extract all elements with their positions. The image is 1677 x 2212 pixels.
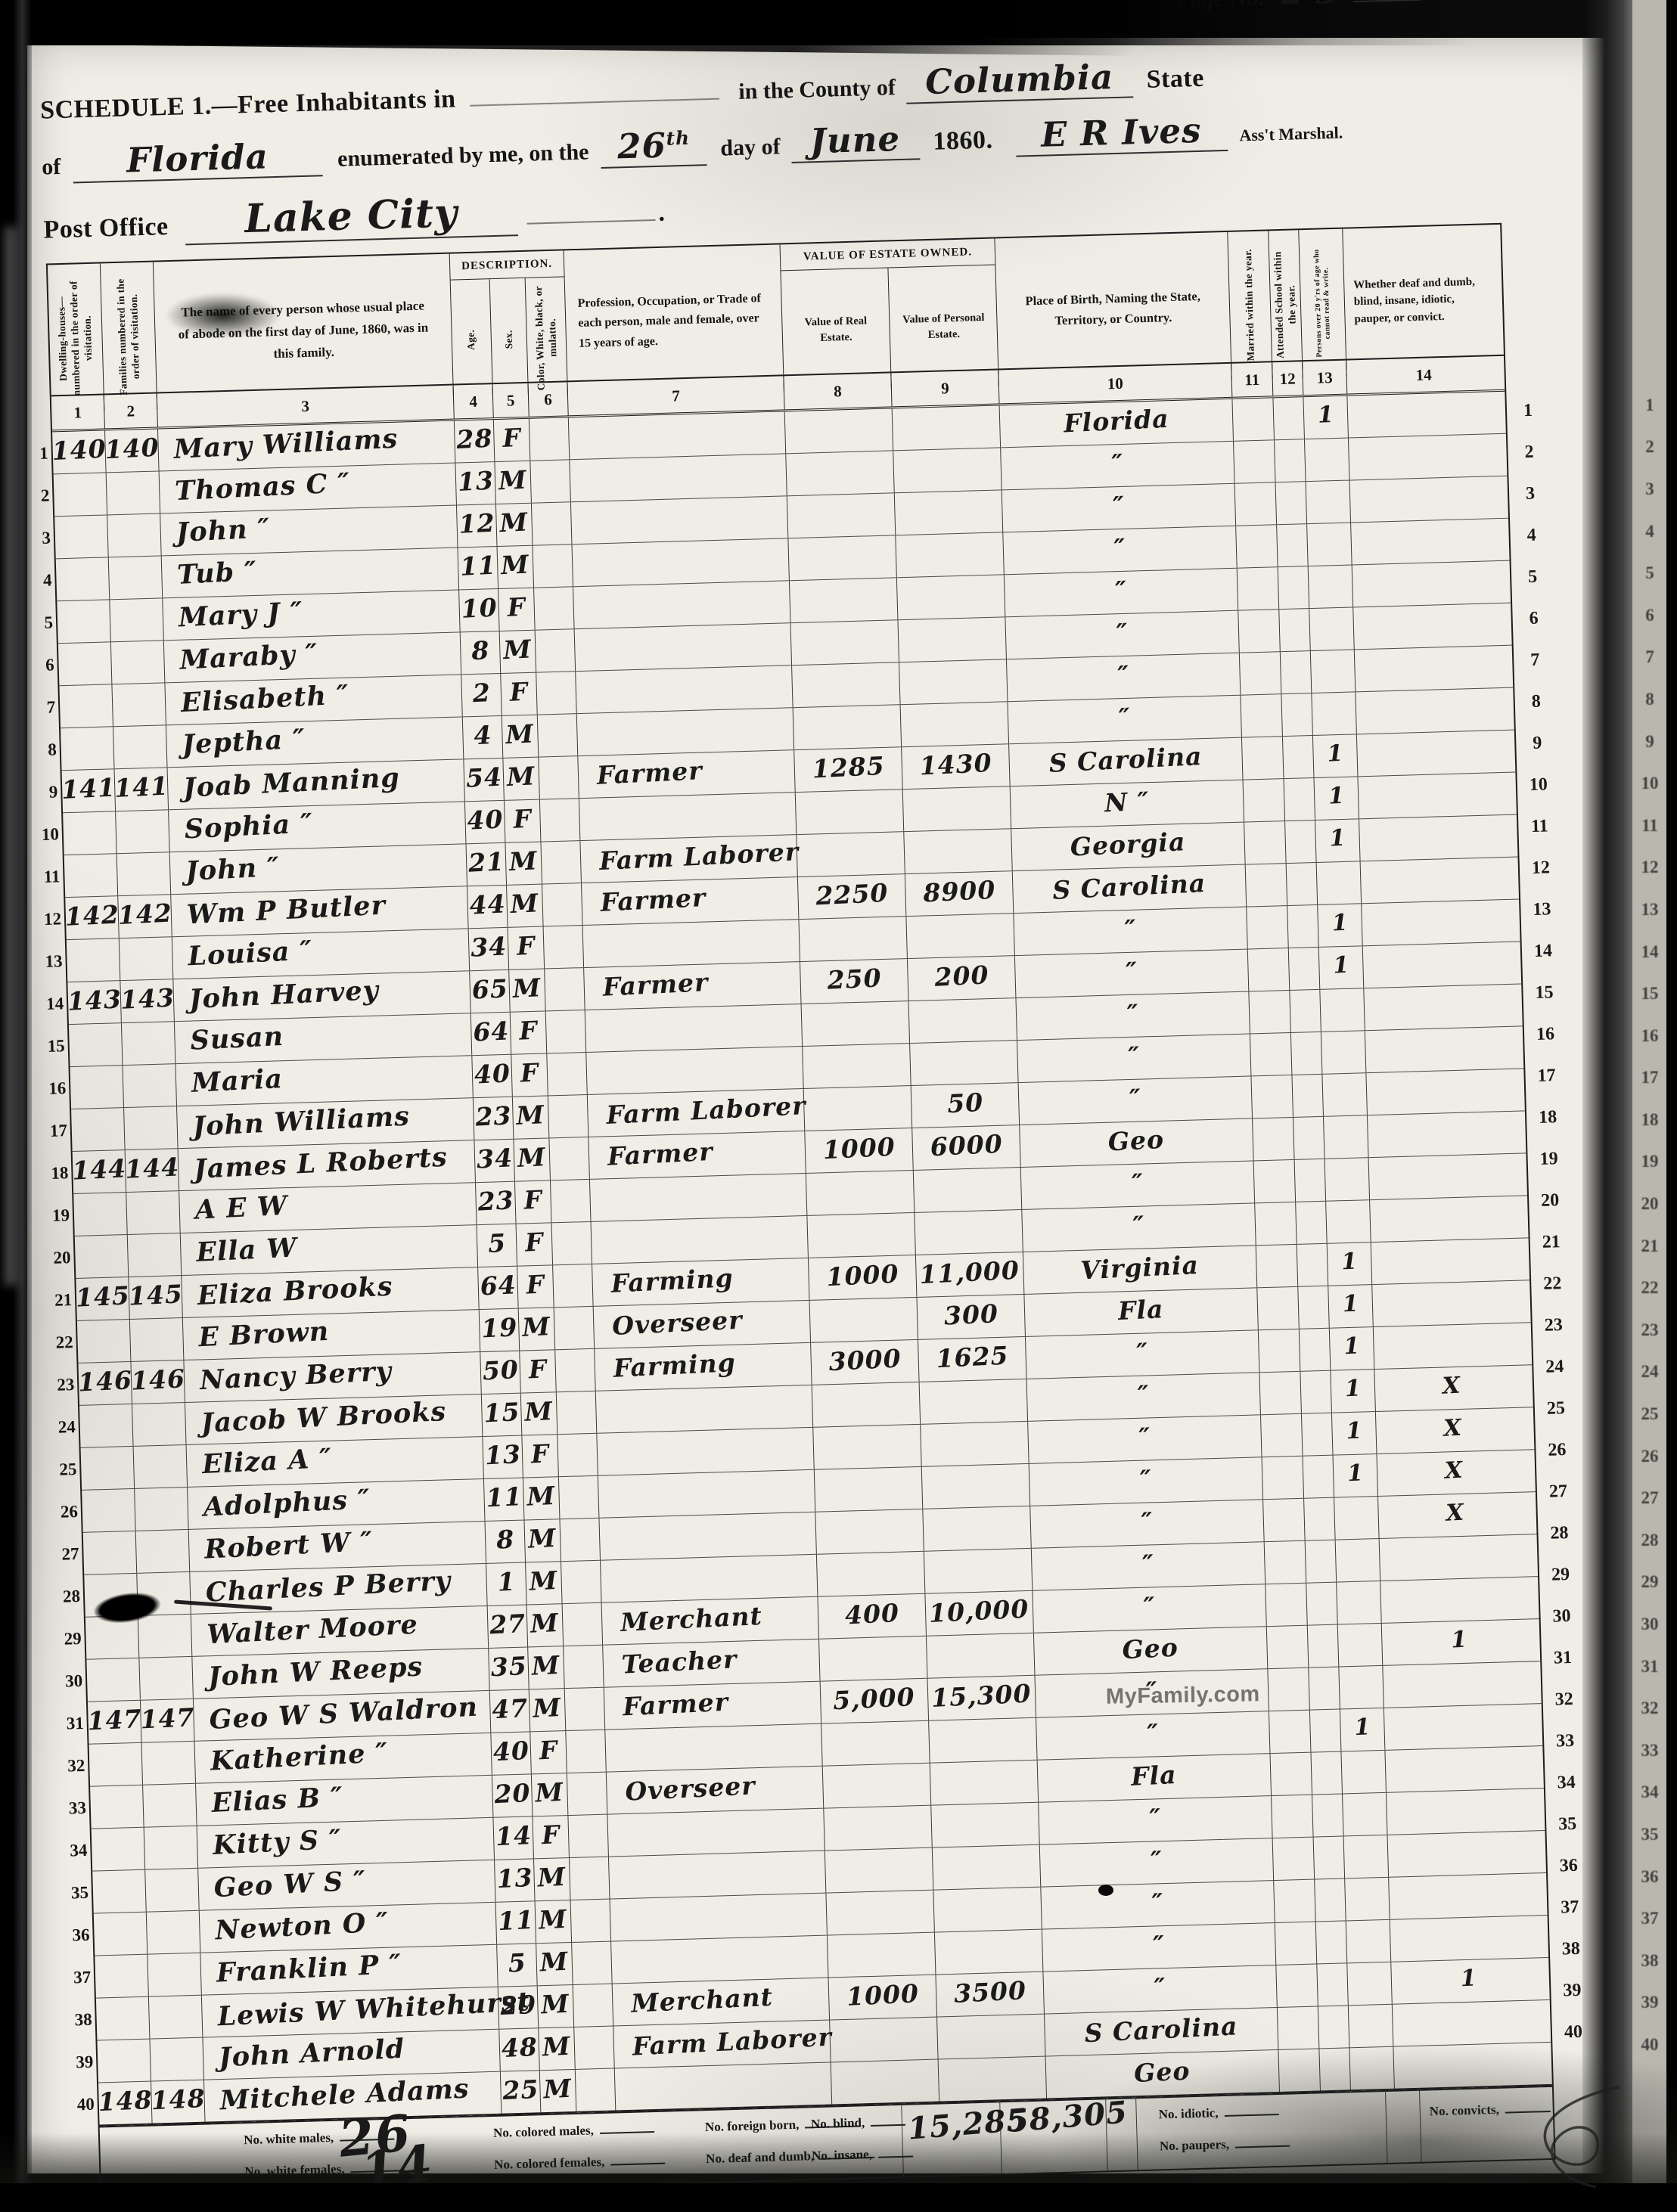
- cell-name: Eliza Brooks: [182, 1267, 479, 1317]
- blank-line: [526, 206, 655, 224]
- cell-dwelling: [86, 1658, 141, 1702]
- row-number-left: 2: [17, 475, 51, 517]
- row-number-right: 21: [1532, 1221, 1571, 1264]
- row-number-right: 18: [1634, 1099, 1666, 1141]
- cell-age: 11: [496, 1901, 537, 1944]
- cell-age: 65: [470, 970, 511, 1013]
- cell-sex: F: [501, 673, 538, 715]
- cell-personal-estate: [931, 1803, 1039, 1847]
- cell-condition: [1387, 1789, 1541, 1835]
- cell-sex: M: [529, 1689, 567, 1731]
- row-number-right: 13: [1523, 889, 1562, 931]
- cell-birthplace: ″: [1039, 1796, 1272, 1844]
- cell-school: [1275, 439, 1306, 482]
- row-number-right: 9: [1634, 721, 1666, 763]
- cell-real-estate: 400: [818, 1594, 926, 1639]
- cell-cannot-read: [1309, 607, 1355, 650]
- cell-cannot-read: 1: [1303, 396, 1349, 439]
- cell-color: [540, 799, 581, 841]
- cell-family: [109, 556, 163, 599]
- row-number-right: 2: [1510, 431, 1549, 473]
- cell-condition: [1362, 900, 1516, 946]
- cell-color: [560, 1519, 601, 1561]
- cell-condition: [1365, 1027, 1520, 1073]
- cell-age: 13: [483, 1436, 523, 1478]
- cell-color: [557, 1434, 598, 1476]
- cell-dwelling: 141: [62, 769, 116, 812]
- cell-age: 1: [486, 1562, 527, 1605]
- row-number-right: 12: [1634, 847, 1666, 889]
- cell-age: 40: [491, 1732, 532, 1774]
- cell-occupation: [576, 665, 793, 713]
- cell-school: [1312, 1794, 1344, 1836]
- cell-sex: M: [502, 715, 539, 758]
- cell-cannot-read: [1345, 1878, 1390, 1921]
- cell-birthplace: Geo: [1020, 1118, 1253, 1167]
- cell-occupation: Farmer: [578, 750, 795, 798]
- cell-condition: [1372, 1280, 1526, 1326]
- cell-cannot-read: [1307, 523, 1352, 566]
- cell-condition: [1369, 1153, 1523, 1199]
- cell-school: [1281, 651, 1312, 693]
- cell-color: [570, 1857, 610, 1900]
- cell-birthplace: ″: [1032, 1542, 1266, 1590]
- cell-real-estate: 1000: [809, 1255, 917, 1300]
- cell-family: [113, 725, 168, 768]
- cell-personal-estate: [937, 2015, 1045, 2059]
- row-number-left: 4: [20, 559, 53, 601]
- cell-birthplace: Geo: [1046, 2050, 1280, 2099]
- cell-real-estate: [823, 1764, 931, 1808]
- cell-sex: M: [500, 631, 537, 673]
- cell-occupation: Farm Laborer: [613, 2021, 831, 2068]
- cell-name: Maria: [175, 1056, 473, 1106]
- cell-personal-estate: [893, 405, 1001, 450]
- cell-dwelling: 146: [78, 1362, 132, 1405]
- cell-real-estate: [807, 1213, 915, 1258]
- cell-condition: [1388, 1831, 1542, 1877]
- row-number-right: 20: [1634, 1183, 1666, 1225]
- cell-school: [1276, 482, 1308, 524]
- cell-birthplace: ″: [1026, 1330, 1259, 1379]
- col-header-married: Married within the year.: [1228, 231, 1272, 379]
- cell-dwelling: [58, 642, 113, 685]
- row-number-left: 23: [42, 1363, 75, 1406]
- cell-color: [546, 1010, 587, 1053]
- cell-married: [1240, 652, 1282, 694]
- cell-dwelling: [64, 854, 119, 897]
- county-value: Columbia: [905, 56, 1133, 104]
- cell-color: [553, 1264, 594, 1307]
- row-number-left: 18: [36, 1152, 70, 1194]
- cell-sex: F: [511, 1011, 548, 1053]
- cell-birthplace: ″: [1036, 1711, 1270, 1760]
- cell-school: [1306, 1540, 1337, 1583]
- col-header-family: Families numbered in the order of visita…: [101, 262, 157, 411]
- footer-rule: [1135, 2097, 1138, 2170]
- cell-family: [124, 1106, 179, 1149]
- cell-school: [1278, 566, 1310, 609]
- cell-dwelling: [89, 1743, 144, 1786]
- cell-family: 140: [105, 429, 160, 472]
- cell-sex: M: [503, 758, 540, 800]
- cell-age: 25: [501, 2071, 542, 2113]
- cell-occupation: Farmer: [582, 877, 799, 925]
- cell-personal-estate: [896, 532, 1004, 577]
- cell-dwelling: [92, 1828, 146, 1871]
- row-number-right: 28: [1634, 1519, 1666, 1562]
- row-number-right: 1: [1508, 389, 1548, 432]
- cell-age: 5: [477, 1224, 518, 1267]
- cell-sex: F: [498, 588, 536, 631]
- cell-dwelling: [81, 1447, 135, 1490]
- cell-sex: M: [496, 504, 533, 546]
- row-number-left: 31: [51, 1702, 85, 1745]
- cell-dwelling: [75, 1235, 129, 1278]
- cell-age: 28: [455, 420, 495, 462]
- cell-real-estate: [817, 1552, 925, 1596]
- row-number-right: 40: [1554, 2011, 1593, 2053]
- cell-sex: F: [522, 1435, 559, 1477]
- cell-color: [557, 1391, 598, 1434]
- row-number-right: 18: [1528, 1097, 1567, 1139]
- cell-family: [110, 598, 164, 641]
- cell-condition: X: [1377, 1450, 1531, 1496]
- cell-real-estate: [819, 1637, 927, 1681]
- row-number-right: 36: [1549, 1844, 1588, 1887]
- cell-cannot-read: [1312, 692, 1357, 735]
- cell-cannot-read: 1: [1328, 1285, 1374, 1328]
- cell-cannot-read: 1: [1318, 904, 1363, 947]
- cell-real-estate: [815, 1509, 924, 1554]
- row-number-left: 22: [41, 1321, 74, 1363]
- cell-personal-estate: [899, 659, 1008, 704]
- cell-personal-estate: [935, 1930, 1043, 1975]
- row-number-right: 37: [1551, 1886, 1590, 1928]
- row-number-left: 33: [54, 1787, 87, 1829]
- cell-name: Mary J ″: [163, 590, 460, 640]
- row-number-right: 8: [1634, 678, 1666, 721]
- cell-condition: [1383, 1661, 1537, 1708]
- cell-condition: [1356, 688, 1510, 734]
- cell-condition: 1: [1391, 1958, 1545, 2004]
- cell-married: [1246, 864, 1288, 906]
- cell-sex: M: [505, 842, 542, 885]
- cell-married: [1259, 1329, 1301, 1372]
- cell-condition: [1351, 519, 1505, 565]
- cell-dwelling: [59, 684, 113, 728]
- row-number-right: 5: [1513, 556, 1552, 598]
- cell-age: 5: [497, 1944, 538, 1986]
- cell-family: [149, 1996, 203, 2039]
- cell-occupation: [570, 454, 787, 501]
- cell-age: 13: [495, 1859, 536, 1901]
- cell-cannot-read: [1338, 1624, 1384, 1667]
- cell-married: [1263, 1499, 1306, 1541]
- cell-color: [552, 1222, 593, 1264]
- row-number-left: 36: [57, 1914, 91, 1956]
- cell-sex: M: [536, 1900, 573, 1943]
- cell-cannot-read: [1336, 1539, 1381, 1582]
- cell-birthplace: Virginia: [1023, 1246, 1257, 1294]
- cell-occupation: [611, 1936, 828, 1984]
- cell-family: [126, 1191, 181, 1234]
- cell-family: [145, 1869, 200, 1912]
- row-number-right: 5: [1634, 552, 1666, 594]
- cell-sex: F: [533, 1816, 570, 1858]
- cell-dwelling: [69, 1023, 123, 1066]
- cell-sex: F: [520, 1350, 557, 1392]
- row-number-right: 22: [1634, 1267, 1666, 1309]
- cell-cannot-read: [1320, 988, 1365, 1032]
- cell-age: 34: [474, 1140, 515, 1182]
- cell-real-estate: [797, 832, 905, 876]
- cell-personal-estate: [909, 998, 1017, 1043]
- row-number-right: 23: [1534, 1305, 1573, 1347]
- cell-sex: M: [509, 969, 546, 1011]
- row-number-right: 24: [1634, 1351, 1666, 1394]
- cell-condition: [1390, 1916, 1545, 1962]
- cell-name: Mary Williams: [158, 421, 455, 471]
- cell-family: [123, 1064, 177, 1107]
- cell-married: [1270, 1753, 1312, 1795]
- cell-school: [1300, 1371, 1332, 1413]
- cell-name: Katherine ″: [194, 1733, 492, 1783]
- cell-birthplace: ″: [1019, 1076, 1253, 1125]
- cell-occupation: [610, 1894, 828, 1941]
- cell-family: [112, 683, 166, 726]
- cell-family: [138, 1615, 193, 1658]
- cell-color: [536, 672, 577, 714]
- cell-occupation: [573, 581, 790, 628]
- col-header-cannot-read: Persons over 20 y'rs of age who cannot r…: [1299, 229, 1346, 378]
- cell-sex: M: [523, 1477, 561, 1519]
- cell-condition: [1366, 1069, 1520, 1115]
- month-value: June: [790, 118, 920, 163]
- row-number-left: 16: [34, 1067, 67, 1109]
- cell-cannot-read: 1: [1313, 734, 1359, 777]
- cell-real-estate: 250: [800, 959, 908, 1004]
- row-number-right: 21: [1634, 1225, 1666, 1267]
- row-number-right: 35: [1548, 1803, 1587, 1845]
- row-number-left: 15: [33, 1025, 66, 1067]
- cell-personal-estate: 1625: [918, 1337, 1026, 1382]
- cell-cannot-read: 1: [1314, 777, 1359, 820]
- row-number-right: 11: [1634, 805, 1666, 847]
- row-number-right: 26: [1538, 1429, 1577, 1472]
- cell-name: Franklin P ″: [200, 1945, 498, 1995]
- cell-school: [1315, 1878, 1346, 1921]
- cell-cannot-read: [1344, 1835, 1390, 1878]
- cell-sex: M: [534, 1858, 571, 1900]
- cell-condition: [1357, 731, 1511, 777]
- cell-name: Maraby ″: [164, 632, 461, 682]
- cell-occupation: [607, 1809, 825, 1857]
- day-of-label: day of: [720, 134, 781, 160]
- cell-color: [532, 502, 573, 544]
- cell-real-estate: [812, 1382, 921, 1427]
- cell-real-estate: [787, 493, 896, 538]
- cell-birthplace: ″: [1008, 696, 1242, 744]
- cell-family: [144, 1826, 199, 1869]
- cell-occupation: Merchant: [613, 1978, 830, 2026]
- cell-married: [1259, 1372, 1302, 1414]
- cell-sex: M: [532, 1773, 569, 1816]
- cell-age: 44: [467, 886, 508, 928]
- cell-dwelling: [83, 1531, 138, 1574]
- cell-age: 11: [458, 547, 499, 589]
- cell-sex: M: [513, 1096, 550, 1138]
- of-word: of: [42, 154, 61, 180]
- cell-school: [1306, 1583, 1338, 1625]
- row-number-right: 9: [1518, 722, 1557, 765]
- blank-line: [1352, 0, 1421, 2]
- col-header-age: Age.: [451, 279, 493, 401]
- cell-married: [1236, 525, 1278, 567]
- cell-occupation: [596, 1385, 813, 1433]
- cell-personal-estate: [915, 1210, 1023, 1255]
- row-number-left: 8: [24, 728, 57, 771]
- cell-personal-estate: [901, 702, 1009, 746]
- cell-dwelling: [63, 811, 117, 855]
- cell-personal-estate: [924, 1549, 1033, 1593]
- cell-color: [541, 841, 582, 883]
- cell-married: [1241, 694, 1283, 737]
- cell-personal-estate: [933, 1845, 1041, 1890]
- cell-age: 64: [471, 1013, 512, 1055]
- cell-dwelling: [90, 1785, 144, 1829]
- cell-personal-estate: 11,000: [916, 1252, 1024, 1297]
- cell-family: 146: [131, 1360, 185, 1404]
- cell-real-estate: [804, 1086, 912, 1131]
- marshal-label: Ass't Marshal.: [1239, 123, 1343, 145]
- cell-family: [147, 1911, 201, 1954]
- cell-condition: [1380, 1577, 1535, 1623]
- cell-occupation: Farm Laborer: [580, 835, 797, 883]
- cell-name: Jeptha ″: [166, 717, 464, 767]
- cell-married: [1266, 1584, 1308, 1626]
- cell-occupation: [585, 1004, 803, 1052]
- cell-real-estate: [828, 1933, 936, 1978]
- cell-color: [536, 629, 576, 672]
- row-number-right: 19: [1634, 1141, 1666, 1184]
- cell-occupation: [615, 2062, 832, 2110]
- row-number-right: 16: [1526, 1013, 1565, 1056]
- cell-real-estate: 1000: [805, 1128, 913, 1173]
- cell-personal-estate: [914, 1168, 1022, 1212]
- row-number-left: 39: [61, 2041, 94, 2083]
- cell-school: [1273, 397, 1305, 439]
- cell-married: [1242, 737, 1284, 779]
- row-number-right: 7: [1515, 639, 1554, 681]
- cell-sex: M: [527, 1604, 564, 1646]
- cell-name: John W Reeps: [192, 1649, 489, 1699]
- row-number-right: 33: [1545, 1720, 1585, 1763]
- cell-dwelling: [94, 1913, 148, 1956]
- cell-school: [1302, 1413, 1334, 1456]
- cell-school: [1292, 1075, 1324, 1117]
- cell-birthplace: S Carolina: [1013, 865, 1247, 914]
- page-content: Page No. 23 SCHEDULE 1.—Free Inhabitants…: [0, 0, 1654, 2174]
- cell-married: [1273, 1838, 1315, 1880]
- cell-personal-estate: [921, 1422, 1029, 1466]
- cell-condition: [1363, 942, 1517, 988]
- cell-personal-estate: 8900: [905, 871, 1014, 916]
- cell-cannot-read: [1309, 565, 1354, 608]
- col-header-color: Color, White, black, or mulatto.: [526, 277, 568, 399]
- cell-name: Eliza A ″: [187, 1437, 484, 1487]
- cell-color: [548, 1095, 589, 1137]
- row-number-right: 29: [1634, 1562, 1666, 1604]
- row-number-right: 30: [1542, 1596, 1582, 1638]
- cell-married: [1254, 1160, 1297, 1202]
- cell-age: 64: [478, 1267, 519, 1309]
- cell-cannot-read: [1325, 1158, 1371, 1201]
- cell-cannot-read: [1324, 1115, 1369, 1159]
- row-number-left: 14: [31, 982, 64, 1025]
- idiotic-label: No. idiotic,: [1158, 2104, 1278, 2122]
- cell-family: 145: [129, 1276, 183, 1319]
- row-number-left: 10: [26, 813, 60, 855]
- cell-real-estate: [796, 790, 904, 834]
- cell-name: Wm P Butler: [171, 886, 468, 936]
- cell-personal-estate: [929, 1718, 1037, 1763]
- cell-real-estate: 3000: [811, 1340, 919, 1385]
- cell-personal-estate: [923, 1506, 1031, 1551]
- cell-real-estate: 1000: [829, 1975, 937, 2020]
- cell-married: [1244, 779, 1286, 821]
- cell-personal-estate: [906, 914, 1014, 958]
- enumerated-label: enumerated by me, on the: [337, 139, 589, 171]
- cell-personal-estate: [920, 1379, 1028, 1424]
- cell-name: John Harvey: [173, 971, 470, 1021]
- row-number-right: 16: [1634, 1015, 1666, 1057]
- cell-birthplace: ″: [1016, 991, 1250, 1040]
- cell-family: [116, 810, 170, 853]
- row-number-right: 11: [1520, 805, 1560, 848]
- cell-birthplace: N ″: [1011, 780, 1244, 829]
- cell-occupation: [571, 496, 788, 544]
- cell-school: [1318, 2006, 1350, 2048]
- row-number-right: 10: [1519, 764, 1558, 806]
- cell-cannot-read: [1341, 1751, 1387, 1794]
- cell-occupation: [579, 793, 797, 840]
- cell-color: [534, 587, 575, 629]
- row-number-right: 27: [1634, 1477, 1666, 1519]
- cell-real-estate: [815, 1467, 923, 1512]
- row-number-left: 9: [26, 771, 59, 813]
- cell-condition: [1393, 2043, 1548, 2089]
- cell-sex: M: [536, 1943, 573, 1985]
- cell-married: [1262, 1457, 1305, 1499]
- cell-family: [111, 641, 166, 684]
- cell-dwelling: 142: [65, 896, 120, 939]
- cell-sex: F: [517, 1265, 554, 1308]
- cell-name: Sophia ″: [169, 802, 466, 852]
- row-number-right: 4: [1634, 510, 1666, 553]
- cell-occupation: [569, 411, 786, 459]
- cell-cannot-read: 1: [1315, 819, 1361, 862]
- cell-name: Elias B ″: [196, 1776, 493, 1826]
- table-header: Dwelling-houses—numbered in the order of…: [48, 225, 1504, 397]
- cell-cannot-read: [1306, 481, 1352, 524]
- cell-real-estate: 2250: [798, 874, 906, 919]
- cell-cannot-read: [1334, 1497, 1380, 1540]
- cell-occupation: [583, 920, 800, 967]
- cell-color: [549, 1137, 590, 1180]
- row-number-right: 7: [1634, 637, 1666, 679]
- cell-real-estate: [806, 1171, 915, 1215]
